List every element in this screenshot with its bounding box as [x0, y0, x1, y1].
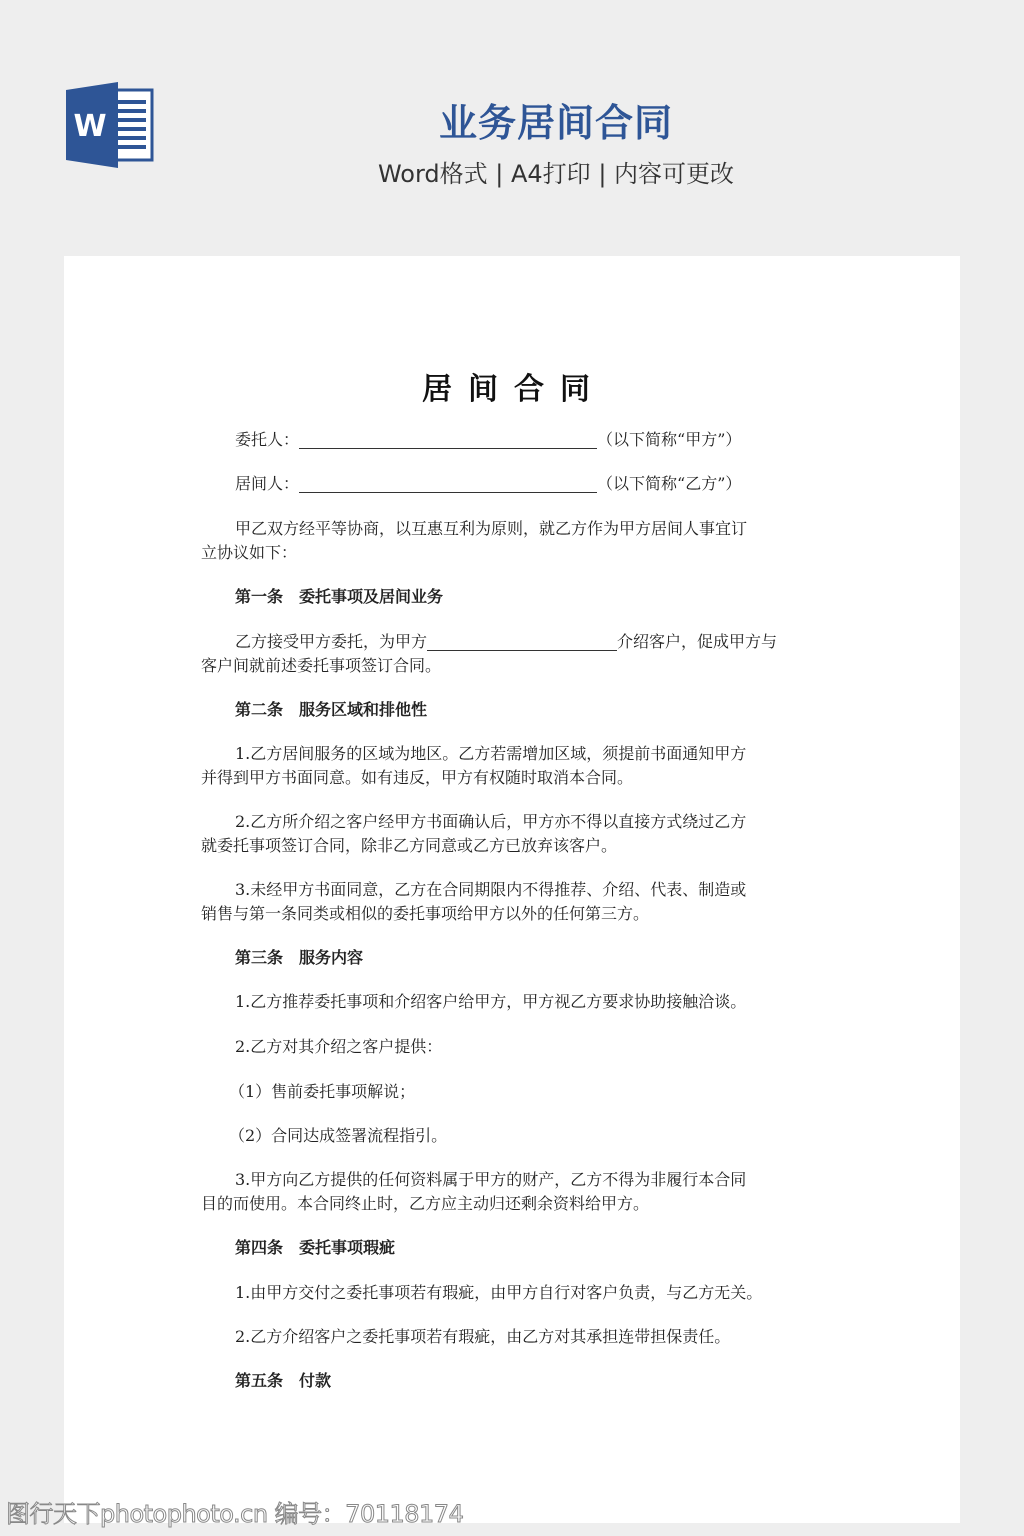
article-3-item-1: 1.乙方推荐委托事项和介绍客户给甲方，甲方视乙方要求协助接触洽谈。	[201, 990, 746, 1014]
party-broker-label: 居间人：	[235, 474, 299, 493]
text: 介绍客户，促成甲方与	[617, 632, 777, 651]
preamble-line-1: 甲乙双方经平等协商，以互惠互利为原则，就乙方作为甲方居间人事宜订	[201, 517, 747, 541]
preamble-line-2: 立协议如下：	[201, 541, 297, 565]
text: 乙方接受甲方委托，为甲方	[235, 632, 427, 651]
article-1-para-line-2: 客户间就前述委托事项签订合同。	[201, 654, 441, 678]
article-4-item-2: 2.乙方介绍客户之委托事项若有瑕疵，由乙方对其承担连带担保责任。	[201, 1325, 730, 1349]
banner: W 业务居间合同 Word格式 | A4打印 | 内容可更改	[0, 0, 1024, 256]
article-2-item-2-line-1: 2.乙方所介绍之客户经甲方书面确认后，甲方亦不得以直接方式绕过乙方	[201, 810, 746, 834]
svg-text:W: W	[73, 109, 106, 144]
article-3-item-3-line-2: 目的而使用。本合同终止时，乙方应主动归还剩余资料给甲方。	[201, 1192, 649, 1216]
party-client-line: 委托人：（以下简称“甲方”）	[235, 428, 741, 452]
party-client-suffix: （以下简称“甲方”）	[597, 430, 741, 449]
article-4-item-1: 1.由甲方交付之委托事项若有瑕疵，由甲方自行对客户负责，与乙方无关。	[201, 1281, 762, 1305]
article-3-item-2: 2.乙方对其介绍之客户提供：	[201, 1035, 442, 1059]
article-3-heading: 第三条 服务内容	[201, 946, 363, 970]
party-client-field[interactable]	[299, 430, 597, 449]
article-1-para-line-1: 乙方接受甲方委托，为甲方介绍客户，促成甲方与	[201, 630, 777, 654]
article-2-item-3-line-2: 销售与第一条同类或相似的委托事项给甲方以外的任何第三方。	[201, 902, 649, 926]
party-broker-field[interactable]	[299, 474, 597, 493]
article-5-heading: 第五条 付款	[201, 1369, 331, 1393]
blank-field[interactable]	[427, 632, 617, 651]
document-title: 居间合同	[201, 364, 827, 408]
banner-title: 业务居间合同	[340, 92, 772, 147]
article-3-subitem-1: （1）售前委托事项解说；	[229, 1080, 415, 1104]
party-client-label: 委托人：	[235, 430, 299, 449]
watermark: 图行天下photophoto.cn 编号：70118174	[6, 1494, 463, 1529]
article-2-item-2-line-2: 就委托事项签订合同，除非乙方同意或乙方已放弃该客户。	[201, 834, 617, 858]
banner-subtitle: Word格式 | A4打印 | 内容可更改	[340, 154, 772, 189]
article-2-item-3-line-1: 3.未经甲方书面同意，乙方在合同期限内不得推荐、介绍、代表、制造或	[201, 878, 746, 902]
article-4-heading: 第四条 委托事项瑕疵	[201, 1236, 395, 1260]
article-3-item-3-line-1: 3.甲方向乙方提供的任何资料属于甲方的财产，乙方不得为非履行本合同	[201, 1168, 746, 1192]
document-page: 居间合同 委托人：（以下简称“甲方”） 居间人：（以下简称“乙方”） 甲乙双方经…	[64, 256, 960, 1523]
article-2-item-1-line-1: 1.乙方居间服务的区域为地区。乙方若需增加区域，须提前书面通知甲方	[201, 742, 746, 766]
word-icon: W	[64, 82, 156, 168]
article-3-subitem-2: （2）合同达成签署流程指引。	[229, 1124, 447, 1148]
article-2-item-1-line-2: 并得到甲方书面同意。如有违反，甲方有权随时取消本合同。	[201, 766, 633, 790]
party-broker-line: 居间人：（以下简称“乙方”）	[235, 472, 741, 496]
party-broker-suffix: （以下简称“乙方”）	[597, 474, 741, 493]
article-2-heading: 第二条 服务区域和排他性	[201, 698, 427, 722]
article-1-heading: 第一条 委托事项及居间业务	[201, 585, 443, 609]
